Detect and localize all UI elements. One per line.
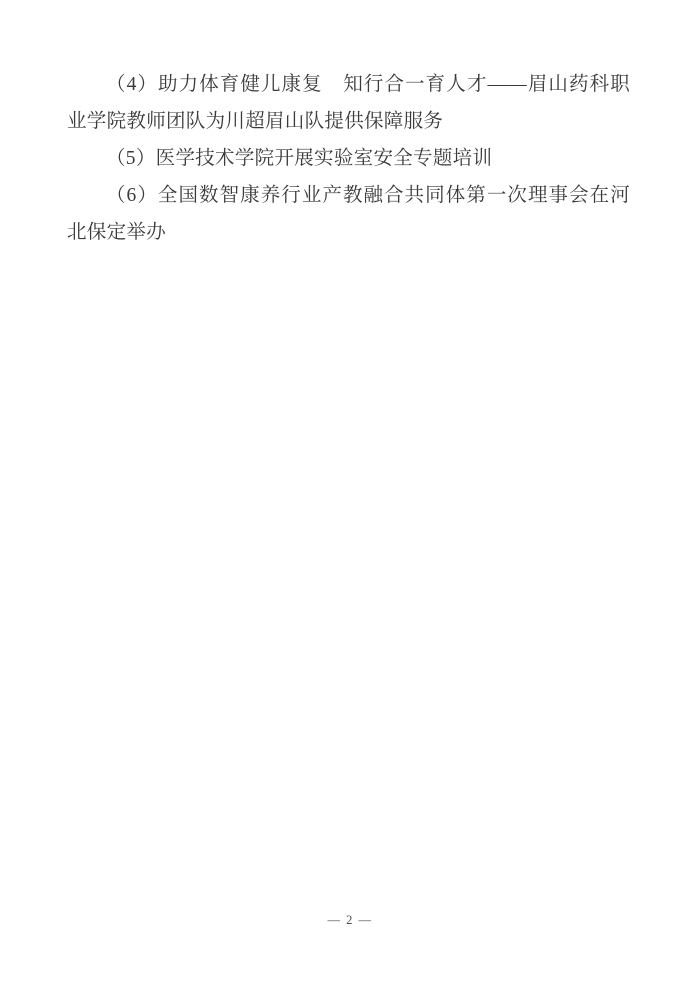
- page-number: — 2 —: [328, 913, 373, 927]
- document-page: （4）助力体育健儿康复 知行合一育人才——眉山药科职业学院教师团队为川超眉山队提…: [0, 0, 700, 989]
- list-item-5: （5）医学技术学院开展实验室安全专题培训: [67, 140, 630, 177]
- list-item-4: （4）助力体育健儿康复 知行合一育人才——眉山药科职业学院教师团队为川超眉山队提…: [67, 66, 630, 140]
- page-footer: — 2 —: [0, 911, 700, 929]
- list-item-6: （6）全国数智康养行业产教融合共同体第一次理事会在河北保定举办: [67, 177, 630, 251]
- document-body: （4）助力体育健儿康复 知行合一育人才——眉山药科职业学院教师团队为川超眉山队提…: [67, 66, 630, 251]
